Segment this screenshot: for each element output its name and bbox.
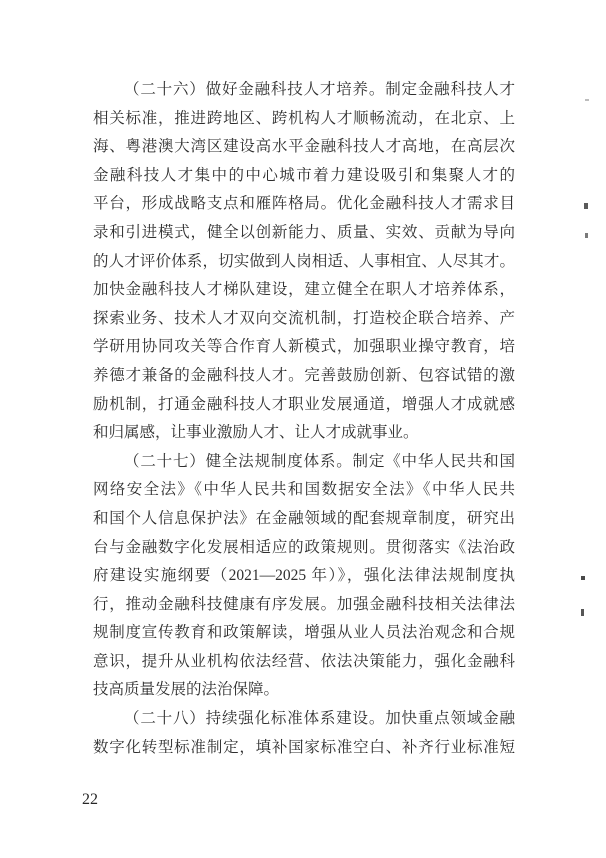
text-line: 学研用协同攻关等合作育人新模式，加强职业操守教育，培 (93, 333, 515, 362)
scan-speck (581, 576, 585, 580)
text-line: 技高质量发展的法治保障。 (93, 676, 515, 705)
text-line: （二十六）做好金融科技人才培养。制定金融科技人才 (93, 76, 515, 105)
text-line: 加快金融科技人才梯队建设，建立健全在职人才培养体系， (93, 276, 515, 305)
text-line: 探索业务、技术人才双向交流机制，打造校企联合培养、产 (93, 305, 515, 334)
paragraph-27: （二十七）健全法规制度体系。制定《中华人民共和国 网络安全法》《中华人民共和国数… (93, 448, 515, 705)
text-line: 数字化转型标准制定，填补国家标准空白、补齐行业标准短 (93, 734, 515, 763)
text-line: 府建设实施纲要（2021—2025 年）》，强化法律法规制度执 (93, 562, 515, 591)
document-page: （二十六）做好金融科技人才培养。制定金融科技人才 相关标准，推进跨地区、跨机构人… (0, 0, 606, 858)
text-line: 和归属感，让事业激励人才、让人才成就事业。 (93, 419, 515, 448)
text-line: 和国个人信息保护法》在金融领域的配套规章制度，研究出 (93, 505, 515, 534)
scan-speck (584, 203, 588, 209)
paragraph-26: （二十六）做好金融科技人才培养。制定金融科技人才 相关标准，推进跨地区、跨机构人… (93, 76, 515, 448)
text-line: 养德才兼备的金融科技人才。完善鼓励创新、包容试错的激 (93, 362, 515, 391)
scan-speck (581, 609, 584, 616)
text-line: 平台，形成战略支点和雁阵格局。优化金融科技人才需求目 (93, 190, 515, 219)
text-line: 海、粤港澳大湾区建设高水平金融科技人才高地，在高层次 (93, 133, 515, 162)
scan-speck (585, 99, 589, 101)
text-line: 励机制，打通金融科技人才职业发展通道，增强人才成就感 (93, 391, 515, 420)
text-line: 的人才评价体系，切实做到人岗相适、人事相宜、人尽其才。 (93, 248, 515, 277)
text-line: 网络安全法》《中华人民共和国数据安全法》《中华人民共 (93, 476, 515, 505)
text-line: （二十七）健全法规制度体系。制定《中华人民共和国 (93, 448, 515, 477)
scan-speck (585, 233, 588, 238)
paragraph-28: （二十八）持续强化标准体系建设。加快重点领域金融 数字化转型标准制定，填补国家标… (93, 705, 515, 762)
text-line: 行，推动金融科技健康有序发展。加强金融科技相关法律法 (93, 591, 515, 620)
text-line: 录和引进模式，健全以创新能力、质量、实效、贡献为导向 (93, 219, 515, 248)
page-number: 22 (82, 791, 98, 809)
text-line: 意识，提升从业机构依法经营、依法决策能力，强化金融科 (93, 648, 515, 677)
body-text: （二十六）做好金融科技人才培养。制定金融科技人才 相关标准，推进跨地区、跨机构人… (93, 76, 515, 762)
text-line: 相关标准，推进跨地区、跨机构人才顺畅流动，在北京、上 (93, 105, 515, 134)
text-line: 台与金融数字化发展相适应的政策规则。贯彻落实《法治政 (93, 534, 515, 563)
text-line: 金融科技人才集中的中心城市着力建设吸引和集聚人才的 (93, 162, 515, 191)
text-line: 规制度宣传教育和政策解读，增强从业人员法治观念和合规 (93, 619, 515, 648)
text-line: （二十八）持续强化标准体系建设。加快重点领域金融 (93, 705, 515, 734)
